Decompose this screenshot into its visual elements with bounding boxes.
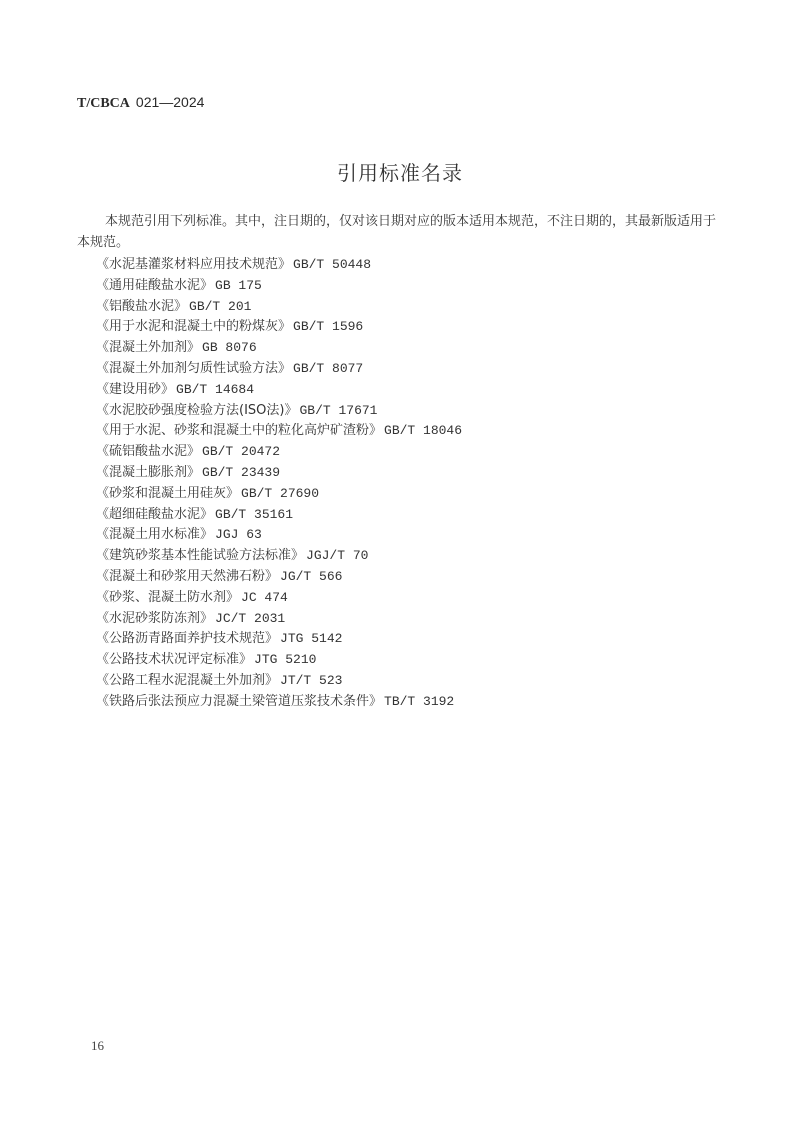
page-title: 引用标准名录 — [0, 157, 800, 186]
reference-item: 《铝酸盐水泥》GB/T 201 — [96, 297, 462, 318]
reference-code: JGJ 63 — [215, 527, 262, 542]
reference-item: 《公路工程水泥混凝土外加剂》JT/T 523 — [96, 671, 462, 692]
reference-item: 《建筑砂浆基本性能试验方法标准》JGJ/T 70 — [96, 546, 462, 567]
reference-item: 《用于水泥和混凝土中的粉煤灰》GB/T 1596 — [96, 317, 462, 338]
reference-code: GB 175 — [215, 278, 262, 293]
reference-item: 《混凝土膨胀剂》GB/T 23439 — [96, 463, 462, 484]
reference-code: JTG 5210 — [254, 652, 316, 667]
reference-item: 《水泥砂浆防冻剂》JC/T 2031 — [96, 609, 462, 630]
reference-item: 《用于水泥、砂浆和混凝土中的粒化高炉矿渣粉》GB/T 18046 — [96, 421, 462, 442]
reference-code: GB/T 17671 — [299, 403, 377, 418]
reference-code: JGJ/T 70 — [306, 548, 368, 563]
reference-item: 《混凝土外加剂匀质性试验方法》GB/T 8077 — [96, 359, 462, 380]
reference-code: JC/T 2031 — [215, 611, 285, 626]
reference-code: GB/T 201 — [189, 299, 251, 314]
reference-code: GB/T 23439 — [202, 465, 280, 480]
reference-name: 《水泥砂浆防冻剂》 — [96, 611, 213, 626]
reference-item: 《公路沥青路面养护技术规范》JTG 5142 — [96, 629, 462, 650]
reference-name: 《公路沥青路面养护技术规范》 — [96, 631, 278, 646]
reference-code: JG/T 566 — [280, 569, 342, 584]
reference-item: 《砂浆和混凝土用硅灰》GB/T 27690 — [96, 484, 462, 505]
reference-name: 《用于水泥、砂浆和混凝土中的粒化高炉矿渣粉》 — [96, 423, 382, 438]
reference-item: 《硫铝酸盐水泥》GB/T 20472 — [96, 442, 462, 463]
reference-item: 《通用硅酸盐水泥》GB 175 — [96, 276, 462, 297]
reference-name: 《砂浆和混凝土用硅灰》 — [96, 486, 239, 501]
reference-name: 《建筑砂浆基本性能试验方法标准》 — [96, 548, 304, 563]
reference-code: GB/T 1596 — [293, 319, 363, 334]
reference-code: JT/T 523 — [280, 673, 342, 688]
reference-code: JTG 5142 — [280, 631, 342, 646]
reference-item: 《铁路后张法预应力混凝土梁管道压浆技术条件》TB/T 3192 — [96, 692, 462, 713]
reference-name: 《铁路后张法预应力混凝土梁管道压浆技术条件》 — [96, 694, 382, 709]
reference-name: 《硫铝酸盐水泥》 — [96, 444, 200, 459]
reference-name: 《超细硅酸盐水泥》 — [96, 507, 213, 522]
reference-name: 《建设用砂》 — [96, 382, 174, 397]
reference-name: 《公路工程水泥混凝土外加剂》 — [96, 673, 278, 688]
reference-name: 《公路技术状况评定标准》 — [96, 652, 252, 667]
reference-code: GB/T 14684 — [176, 382, 254, 397]
reference-name: 《用于水泥和混凝土中的粉煤灰》 — [96, 319, 291, 334]
reference-name: 《通用硅酸盐水泥》 — [96, 278, 213, 293]
reference-name: 《混凝土用水标准》 — [96, 527, 213, 542]
reference-item: 《混凝土用水标准》JGJ 63 — [96, 525, 462, 546]
reference-list: 《水泥基灌浆材料应用技术规范》GB/T 50448《通用硅酸盐水泥》GB 175… — [104, 255, 462, 713]
reference-name: 《混凝土外加剂匀质性试验方法》 — [96, 361, 291, 376]
reference-item: 《超细硅酸盐水泥》GB/T 35161 — [96, 505, 462, 526]
reference-code: TB/T 3192 — [384, 694, 454, 709]
reference-code: GB/T 35161 — [215, 507, 293, 522]
reference-code: JC 474 — [241, 590, 288, 605]
reference-name: 《水泥基灌浆材料应用技术规范》 — [96, 257, 291, 272]
reference-item: 《混凝土外加剂》GB 8076 — [96, 338, 462, 359]
document-code: T/CBCA021—2024 — [77, 94, 204, 112]
reference-item: 《公路技术状况评定标准》JTG 5210 — [96, 650, 462, 671]
reference-code: GB/T 20472 — [202, 444, 280, 459]
reference-item: 《砂浆、混凝土防水剂》JC 474 — [96, 588, 462, 609]
reference-item: 《水泥胶砂强度检验方法(ISO法)》GB/T 17671 — [96, 401, 462, 422]
reference-item: 《混凝土和砂浆用天然沸石粉》JG/T 566 — [96, 567, 462, 588]
reference-name: 《水泥胶砂强度检验方法(ISO法)》 — [96, 403, 297, 418]
reference-name: 《混凝土外加剂》 — [96, 340, 200, 355]
intro-paragraph: 本规范引用下列标准。其中，注日期的，仅对该日期对应的版本适用本规范，不注日期的，… — [77, 211, 719, 253]
reference-code: GB/T 50448 — [293, 257, 371, 272]
reference-name: 《混凝土和砂浆用天然沸石粉》 — [96, 569, 278, 584]
reference-name: 《混凝土膨胀剂》 — [96, 465, 200, 480]
reference-code: GB/T 8077 — [293, 361, 363, 376]
reference-code: GB 8076 — [202, 340, 257, 355]
reference-name: 《砂浆、混凝土防水剂》 — [96, 590, 239, 605]
reference-code: GB/T 18046 — [384, 423, 462, 438]
document-code-number: 021—2024 — [136, 94, 205, 110]
reference-item: 《建设用砂》GB/T 14684 — [96, 380, 462, 401]
reference-item: 《水泥基灌浆材料应用技术规范》GB/T 50448 — [96, 255, 462, 276]
page-number: 16 — [91, 1038, 104, 1054]
reference-code: GB/T 27690 — [241, 486, 319, 501]
document-code-prefix: T/CBCA — [77, 96, 130, 111]
reference-name: 《铝酸盐水泥》 — [96, 299, 187, 314]
